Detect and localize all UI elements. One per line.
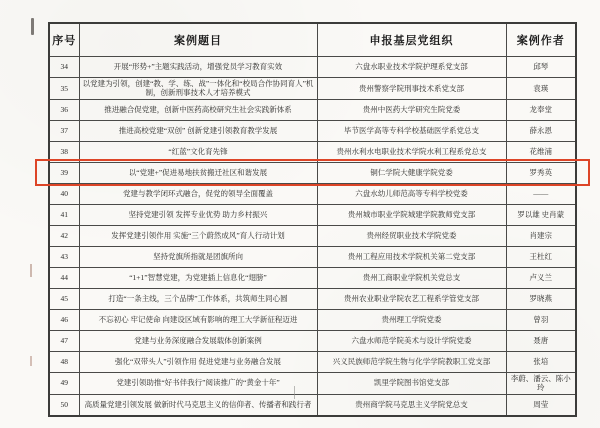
case-table: 序号 案例题目 申报基层党组织 案例作者 34开展“形势+”主题实践活动，增强党… (48, 22, 577, 417)
case-title-cell: 发挥党建引领作用 实施“三个蔚然成风”育人行动计划 (79, 225, 317, 246)
org-cell: 凯里学院图书馆党支部 (317, 372, 506, 394)
table-row: 35以党建为引领，创建“教、学、练、战”一体化和“校局合作协同育人”机制，创新刑… (49, 78, 576, 100)
row-no-cell: 41 (49, 204, 79, 225)
case-title-cell: 不忘初心 牢记使命 向建设区域有影响的理工大学新征程迈进 (79, 309, 317, 330)
table-row: 38“红蓝”文化育先锋贵州水利水电职业技术学院水利工程系党总支花维浦 (49, 141, 576, 162)
row-no-cell: 44 (49, 267, 79, 288)
table-row: 44“1+1”智慧党建，为党建插上信息化“翅膀”贵州工商职业学院机关党总支卢义兰 (49, 267, 576, 288)
row-no-cell: 38 (49, 141, 79, 162)
author-cell: 曾羽 (506, 309, 576, 330)
org-cell: 贵州农业职业学院农艺工程系学管党支部 (317, 288, 506, 309)
col-header-org: 申报基层党组织 (317, 23, 506, 57)
table-header-row: 序号 案例题目 申报基层党组织 案例作者 (49, 23, 576, 57)
table-row: 40党建与教学闭环式融合，促党的领导全面覆盖六盘水幼儿师范高等专科学校党委—— (49, 183, 576, 204)
table-row: 34开展“形势+”主题实践活动，增强党员学习教育实效六盘水职业技术学院护理系党支… (49, 57, 576, 78)
org-cell: 贵州经贸职业技术学院党委 (317, 225, 506, 246)
row-no-cell: 39 (49, 162, 79, 183)
author-cell: 卢义兰 (506, 267, 576, 288)
author-cell: 罗以雄 史肖蒙 (506, 204, 576, 225)
case-title-cell: 打造“一条主线，三个品牌”工作体系，共筑师生同心圆 (79, 288, 317, 309)
table-row: 50高质量党建引领发展 做新时代马克思主义的信仰者、传播者和践行者贵州商学院马克… (49, 394, 576, 416)
table-row: 46不忘初心 牢记使命 向建设区域有影响的理工大学新征程迈进贵州理工学院党委曾羽 (49, 309, 576, 330)
case-title-cell: 党建引领助推“好书伴我行”阅读推广的“黄金十年” (79, 372, 317, 394)
row-no-cell: 49 (49, 372, 79, 394)
org-cell: 兴义民族师范学院生物与化学学院教职工党支部 (317, 351, 506, 372)
org-cell: 六盘水幼儿师范高等专科学校党委 (317, 183, 506, 204)
case-title-cell: 坚持党建引领 发挥专业优势 助力乡村振兴 (79, 204, 317, 225)
case-title-cell: 推进高校党建“双创” 创新党建引领教育教学发展 (79, 120, 317, 141)
author-cell: 花维浦 (506, 141, 576, 162)
table-row: 49党建引领助推“好书伴我行”阅读推广的“黄金十年”凯里学院图书馆党支部李蔚、潘… (49, 372, 576, 394)
case-title-cell: 以党建为引领，创建“教、学、练、战”一体化和“校局合作协同育人”机制，创新刑事技… (79, 78, 317, 100)
case-title-cell: 推进融合促党建，创新中医药高校研究生社会实践新体系 (79, 99, 317, 120)
scan-artifact-mark (30, 264, 32, 277)
table-row: 47党建与业务深度融合发展载体创新案例六盘水师范学院美术与设计学院党委聂唐 (49, 330, 576, 351)
author-cell: 薛永恩 (506, 120, 576, 141)
case-title-cell: 强化“双带头人”引领作用 促进党建与业务融合发展 (79, 351, 317, 372)
case-title-cell: 开展“形势+”主题实践活动，增强党员学习教育实效 (79, 57, 317, 78)
author-cell: 罗晓燕 (506, 288, 576, 309)
case-title-cell: 党建与业务深度融合发展载体创新案例 (79, 330, 317, 351)
table-row: 36推进融合促党建，创新中医药高校研究生社会实践新体系贵州中医药大学研究生院党委… (49, 99, 576, 120)
row-no-cell: 48 (49, 351, 79, 372)
org-cell: 贵州理工学院党委 (317, 309, 506, 330)
author-cell: 王杜红 (506, 246, 576, 267)
table-row: 39以“党建+”促进易地扶贫搬迁社区和谐发展铜仁学院大健康学院党委罗秀英 (49, 162, 576, 183)
case-title-cell: 高质量党建引领发展 做新时代马克思主义的信仰者、传播者和践行者 (79, 394, 317, 416)
row-no-cell: 50 (49, 394, 79, 416)
row-no-cell: 36 (49, 99, 79, 120)
row-no-cell: 34 (49, 57, 79, 78)
author-cell: 龙奉堂 (506, 99, 576, 120)
org-cell: 毕节医学高等专科学校基础医学系党总支 (317, 120, 506, 141)
scan-artifact-mark (31, 18, 34, 35)
org-cell: 贵州商学院马克思主义学院党总支 (317, 394, 506, 416)
scanned-page: 序号 案例题目 申报基层党组织 案例作者 34开展“形势+”主题实践活动，增强党… (0, 0, 600, 428)
case-title-cell: “红蓝”文化育先锋 (79, 141, 317, 162)
author-cell: 肖建宗 (506, 225, 576, 246)
table-row: 37推进高校党建“双创” 创新党建引领教育教学发展毕节医学高等专科学校基础医学系… (49, 120, 576, 141)
author-cell: 李蔚、潘云、陈小玲 (506, 372, 576, 394)
scan-artifact-mark (30, 356, 32, 366)
row-no-cell: 46 (49, 309, 79, 330)
table-row: 41坚持党建引领 发挥专业优势 助力乡村振兴贵州城市职业学院城建学院教师党支部罗… (49, 204, 576, 225)
case-title-cell: 党建与教学闭环式融合，促党的领导全面覆盖 (79, 183, 317, 204)
col-header-author: 案例作者 (506, 23, 576, 57)
org-cell: 贵州水利水电职业技术学院水利工程系党总支 (317, 141, 506, 162)
row-no-cell: 42 (49, 225, 79, 246)
row-no-cell: 47 (49, 330, 79, 351)
table-row: 43坚持党旗所指就是团旗所向贵州工程应用技术学院机关第二党支部王杜红 (49, 246, 576, 267)
case-title-cell: 坚持党旗所指就是团旗所向 (79, 246, 317, 267)
case-title-cell: 以“党建+”促进易地扶贫搬迁社区和谐发展 (79, 162, 317, 183)
author-cell: 周莹 (506, 394, 576, 416)
row-no-cell: 37 (49, 120, 79, 141)
row-no-cell: 35 (49, 78, 79, 100)
author-cell: —— (506, 183, 576, 204)
org-cell: 铜仁学院大健康学院党委 (317, 162, 506, 183)
case-title-cell: “1+1”智慧党建，为党建插上信息化“翅膀” (79, 267, 317, 288)
author-cell: 聂唐 (506, 330, 576, 351)
org-cell: 六盘水师范学院美术与设计学院党委 (317, 330, 506, 351)
org-cell: 贵州工程应用技术学院机关第二党支部 (317, 246, 506, 267)
author-cell: 张培 (506, 351, 576, 372)
col-header-title: 案例题目 (79, 23, 317, 57)
table-row: 45打造“一条主线，三个品牌”工作体系，共筑师生同心圆贵州农业职业学院农艺工程系… (49, 288, 576, 309)
author-cell: 袁瑛 (506, 78, 576, 100)
org-cell: 贵州工商职业学院机关党总支 (317, 267, 506, 288)
org-cell: 贵州城市职业学院城建学院教师党支部 (317, 204, 506, 225)
org-cell: 贵州中医药大学研究生院党委 (317, 99, 506, 120)
col-header-no: 序号 (49, 23, 79, 57)
author-cell: 邱琴 (506, 57, 576, 78)
org-cell: 六盘水职业技术学院护理系党支部 (317, 57, 506, 78)
table-row: 48强化“双带头人”引领作用 促进党建与业务融合发展兴义民族师范学院生物与化学学… (49, 351, 576, 372)
row-no-cell: 45 (49, 288, 79, 309)
author-cell: 罗秀英 (506, 162, 576, 183)
row-no-cell: 40 (49, 183, 79, 204)
row-no-cell: 43 (49, 246, 79, 267)
table-row: 42发挥党建引领作用 实施“三个蔚然成风”育人行动计划贵州经贸职业技术学院党委肖… (49, 225, 576, 246)
org-cell: 贵州警察学院刑事技术系党支部 (317, 78, 506, 100)
